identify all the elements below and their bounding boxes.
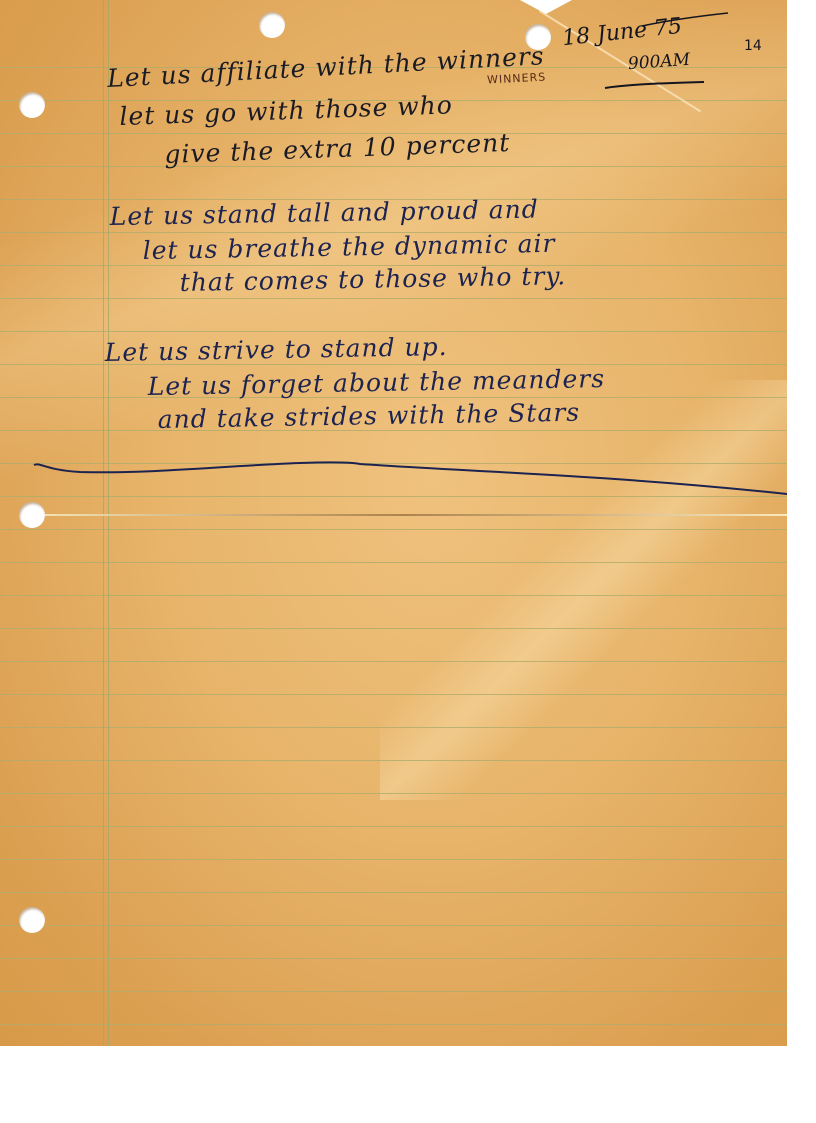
stanza-2-line-3: that comes to those who try. [179,261,566,297]
ruled-line [0,793,787,794]
ruled-line [0,298,787,299]
ruled-line [0,991,787,992]
stanza-1-line-3: give the extra 10 percent [164,128,511,169]
ruled-line [0,694,787,695]
ruled-line [0,331,787,332]
page-number: 14 [744,38,762,54]
stanza-3-line-1: Let us strive to stand up. [104,332,447,367]
ruled-line [0,463,787,464]
ruled-line [0,496,787,497]
ruled-line [0,760,787,761]
stanza-3-line-2: Let us forget about the meanders [147,364,605,401]
punch-hole [19,92,45,118]
stanza-3-line-3: and take strides with the Stars [157,398,580,434]
winners-annotation: WINNERS [487,70,547,86]
note-time: 900AM [627,50,690,74]
punch-hole [19,502,45,528]
stanza-2-line-1: Let us stand tall and proud and [109,195,538,231]
ruled-line [0,892,787,893]
ruled-line [0,397,787,398]
margin-line [103,0,104,1046]
ruled-line [0,727,787,728]
paper-crease-shading [380,380,787,800]
stanza-1-line-1: Let us affiliate with the winners [106,41,545,93]
horizontal-fold-crease [20,514,787,516]
ruled-line [0,166,787,167]
punch-hole [19,907,45,933]
note-date: 18 June 75 [561,14,683,51]
ruled-line [0,1024,787,1025]
corner-tear [520,0,572,14]
punch-hole [259,12,285,38]
ruled-line [0,859,787,860]
margin-line [108,0,109,1046]
ruled-line [0,430,787,431]
ruled-line [0,529,787,530]
ruled-line [0,628,787,629]
stanza-1-line-2: let us go with those who [119,90,453,131]
ruled-line [0,595,787,596]
stanza-2-line-2: let us breathe the dynamic air [142,229,555,265]
ruled-line [0,958,787,959]
ruled-line [0,826,787,827]
ruled-line [0,661,787,662]
separator-pen-stroke [0,450,787,500]
ruled-paper-sheet: 18 June 75 900AM 14 WINNERS Let us affil… [0,0,787,1046]
ruled-line [0,925,787,926]
ruled-line [0,562,787,563]
